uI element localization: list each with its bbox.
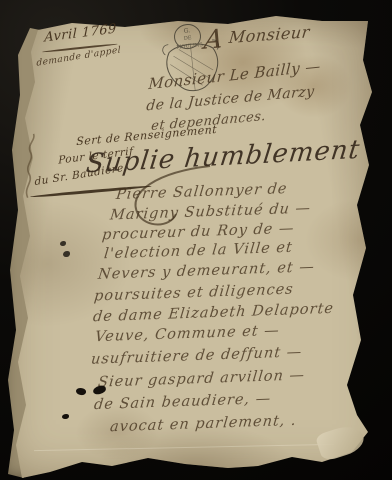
stamp-text-g: G. [183, 27, 190, 35]
photo-background: G. DE MOULINS Avril 1769 demande d'appel… [0, 0, 392, 480]
salutation-initial: A [203, 24, 231, 56]
salutation-text: Monsieur [228, 22, 311, 47]
stamp-text-de: DE [184, 35, 193, 42]
stamp-text-moulins: MOULINS [176, 42, 204, 51]
